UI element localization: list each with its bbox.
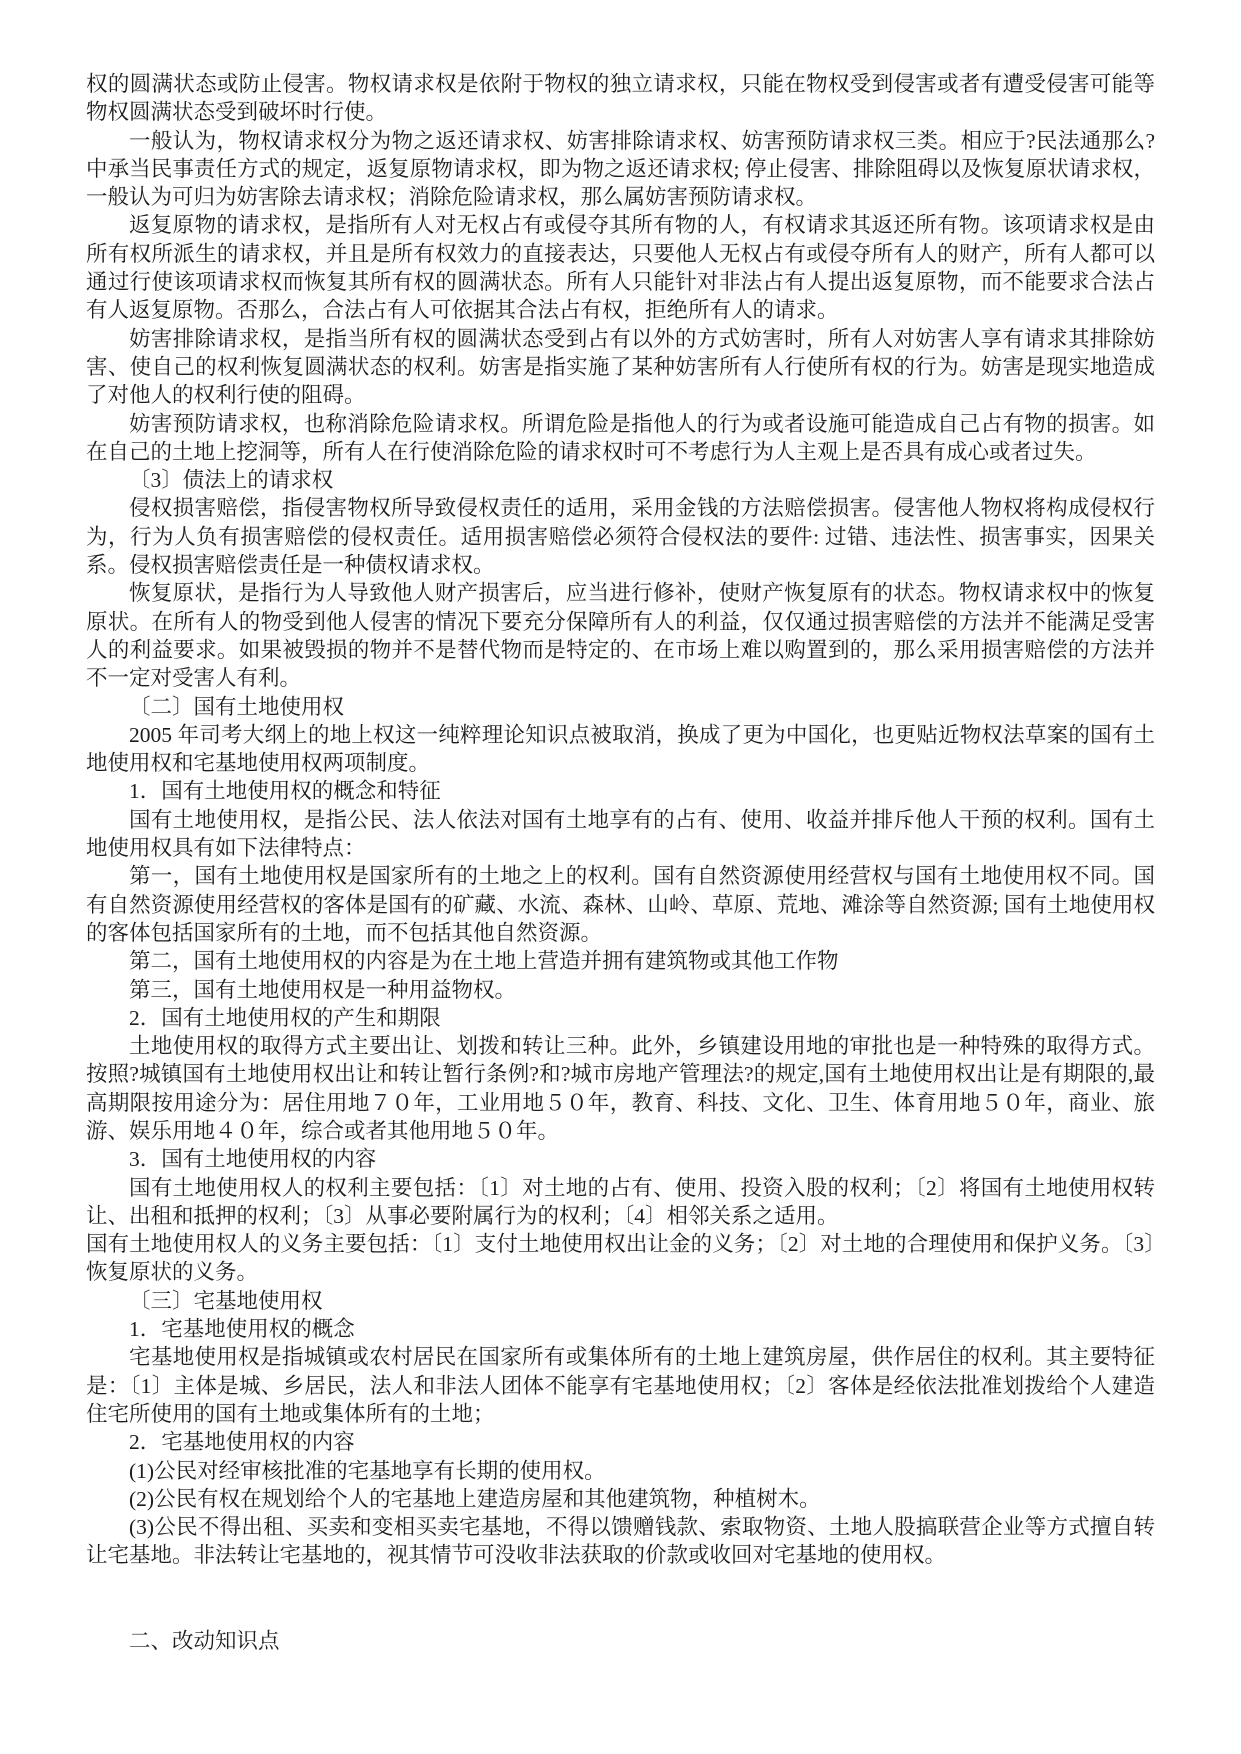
heading-content-of-right: 3．国有土地使用权的内容 (86, 1145, 1155, 1173)
paragraph: 第三，国有土地使用权是一种用益物权。 (86, 976, 1155, 1004)
heading-creation-and-term: 2．国有土地使用权的产生和期限 (86, 1004, 1155, 1032)
document-text-body: 权的圆满状态或防止侵害。物权请求权是依附于物权的独立请求权，只能在物权受到侵害或… (86, 70, 1155, 1655)
paragraph: 返复原物的请求权，是指所有人对无权占有或侵夺其所有物的人，有权请求其返还所有物。… (86, 211, 1155, 324)
list-item: (3)公民不得出租、买卖和变相买卖宅基地，不得以馈赠钱款、索取物资、土地人股搞联… (86, 1513, 1155, 1570)
paragraph: 恢复原状，是指行为人导致他人财产损害后，应当进行修补，使财产恢复原有的状态。物权… (86, 579, 1155, 692)
heading-homestead-content: 2．宅基地使用权的内容 (86, 1428, 1155, 1456)
heading-changed-knowledge-points: 二、改动知识点 (86, 1627, 1155, 1655)
paragraph: 一般认为，物权请求权分为物之返还请求权、妨害排除请求权、妨害预防请求权三类。相应… (86, 127, 1155, 212)
document-page: 权的圆满状态或防止侵害。物权请求权是依附于物权的独立请求权，只能在物权受到侵害或… (0, 0, 1241, 1754)
heading-concept-and-features: 1．国有土地使用权的概念和特征 (86, 777, 1155, 805)
list-item: (1)公民对经审核批准的宅基地享有长期的使用权。 (86, 1457, 1155, 1485)
paragraph: 妨害排除请求权，是指当所有权的圆满状态受到占有以外的方式妨害时，所有人对妨害人享… (86, 325, 1155, 410)
paragraph: 土地使用权的取得方式主要出让、划拨和转让三种。此外，乡镇建设用地的审批也是一种特… (86, 1032, 1155, 1145)
paragraph: 宅基地使用权是指城镇或农村居民在国家所有或集体所有的土地上建筑房屋，供作居住的权… (86, 1343, 1155, 1428)
heading-debt-law-claims: 〔3〕债法上的请求权 (86, 466, 1155, 494)
heading-homestead-use-right: 〔三〕宅基地使用权 (86, 1287, 1155, 1315)
paragraph: 2005 年司考大纲上的地上权这一纯粹理论知识点被取消，换成了更为中国化，也更贴… (86, 721, 1155, 778)
heading-homestead-concept: 1．宅基地使用权的概念 (86, 1315, 1155, 1343)
paragraph: 国有土地使用权人的义务主要包括：〔1〕支付土地使用权出让金的义务；〔2〕对土地的… (86, 1230, 1155, 1287)
heading-state-land-use-right: 〔二〕国有土地使用权 (86, 693, 1155, 721)
paragraph: 妨害预防请求权，也称消除危险请求权。所谓危险是指他人的行为或者设施可能造成自己占… (86, 410, 1155, 467)
paragraph: 第一，国有土地使用权是国家所有的土地之上的权利。国有自然资源使用经营权与国有土地… (86, 862, 1155, 947)
paragraph: 国有土地使用权，是指公民、法人依法对国有土地享有的占有、使用、收益并排斥他人干预… (86, 806, 1155, 863)
list-item: (2)公民有权在规划给个人的宅基地上建造房屋和其他建筑物，种植树木。 (86, 1485, 1155, 1513)
paragraph-continuation: 权的圆满状态或防止侵害。物权请求权是依附于物权的独立请求权，只能在物权受到侵害或… (86, 70, 1155, 127)
paragraph: 国有土地使用权人的权利主要包括：〔1〕对土地的占有、使用、投资入股的权利；〔2〕… (86, 1174, 1155, 1231)
paragraph: 第二，国有土地使用权的内容是为在土地上营造并拥有建筑物或其他工作物 (86, 947, 1155, 975)
paragraph: 侵权损害赔偿，指侵害物权所导致侵权责任的适用，采用金钱的方法赔偿损害。侵害他人物… (86, 494, 1155, 579)
